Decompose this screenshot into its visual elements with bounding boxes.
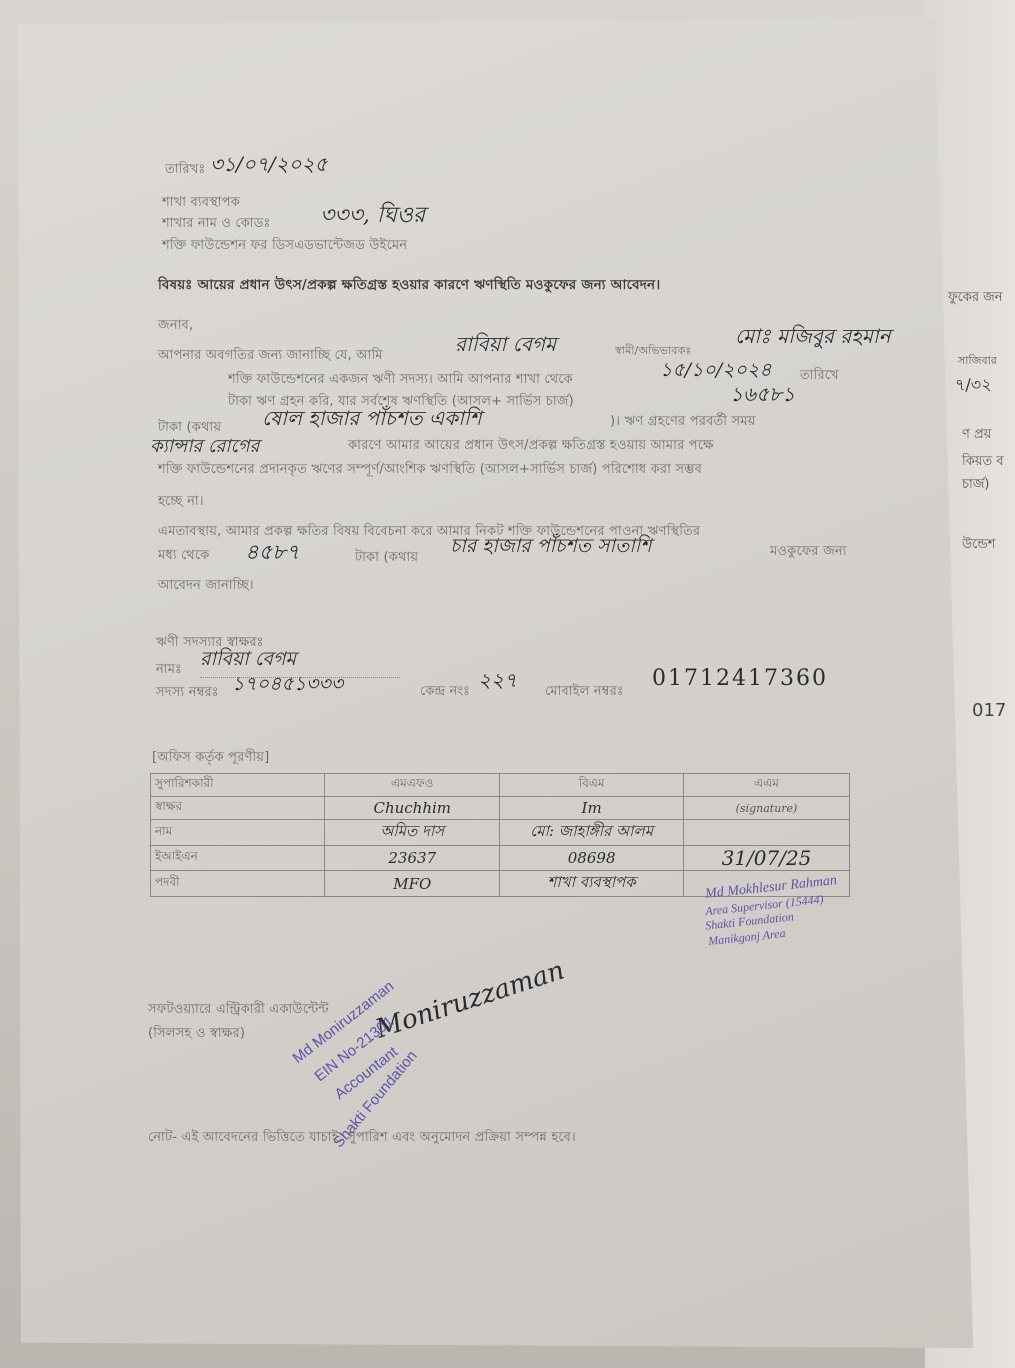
para2-text: মধ্য থেকে [158, 546, 209, 567]
para2-text: আবেদন জানাচ্ছি। [158, 576, 254, 597]
para1-text: কারণে আমার আয়ের প্রধান উৎস/প্রকল্প ক্ষত… [348, 436, 714, 457]
office-use-label: [অফিস কর্তৃক পূরণীয়] [152, 748, 269, 769]
date-value: ৩১/০৭/২০২৫ [210, 150, 327, 183]
member-number-label: সদস্য নম্বরঃ [156, 683, 219, 704]
addressee: শাখা ব্যবস্থাপক [162, 193, 240, 214]
member-name-label: নামঃ [156, 660, 182, 681]
waiver-amount: ৪৫৮৭ [245, 536, 300, 571]
row-label: স্বাক্ষর [151, 797, 325, 820]
accountant-label: সফটওয়্যারে এন্ট্রিকারী একাউন্টেন্ট [148, 1000, 329, 1021]
mfo-designation: MFO [325, 871, 500, 897]
side-text: চার্জ) [962, 475, 990, 496]
bm-name: মো: জাহাঙ্গীর আলম [500, 820, 684, 846]
table-row: ইআইএন 23637 08698 31/07/25 [151, 846, 850, 871]
branch-label: শাখার নাম ও কোডঃ [162, 214, 270, 235]
table-header: সুপারিশকারী [151, 774, 325, 797]
side-text: উন্ডেশ [962, 535, 995, 556]
subject-line: বিষয়ঃ আয়ের প্রধান উৎস/প্রকল্প ক্ষতিগ্র… [158, 274, 660, 297]
organization-name: শক্তি ফাউন্ডেশন ফর ডিসএডভান্টেজড উইমেন [162, 236, 407, 257]
center-number-label: কেন্দ্র নংঃ [420, 682, 470, 703]
bm-ein: 08698 [500, 846, 684, 871]
am-date: 31/07/25 [683, 846, 849, 871]
para1-text: )। ঋণ গ্রহণের পরবর্তী সময় [610, 412, 756, 433]
row-label: নাম [151, 820, 325, 846]
mobile-label: মোবাইল নম্বরঃ [545, 682, 624, 703]
para1-text: শক্তি ফাউন্ডেশনের একজন ঋণী সদস্য। আমি আপ… [228, 370, 573, 391]
table-row: স্বাক্ষর Chuchhim Im (signature) [151, 797, 850, 820]
am-signature: (signature) [683, 797, 849, 820]
table-header: এমএফও [325, 774, 500, 797]
row-label: ইআইএন [151, 846, 325, 871]
table-header: বিএম [500, 774, 684, 797]
para1-text: আপনার অবগতির জন্য জানাচ্ছি যে, আমি [158, 346, 383, 367]
table-header: এএম [683, 774, 849, 797]
guardian-name: মোঃ মজিবুর রহমান [735, 322, 891, 355]
accountant-seal-label: (সিলসহ ও স্বাক্ষর) [148, 1024, 245, 1045]
row-label: পদবী [151, 871, 325, 897]
am-name [683, 820, 849, 846]
para1-text: শক্তি ফাউন্ডেশনের প্রদানকৃত ঋণের সম্পূর্… [158, 460, 702, 481]
loss-reason: ক্যান্সার রোগের [150, 432, 259, 463]
waiver-in-words: চার হাজার পাঁচশত সাতাশি [450, 532, 651, 564]
mfo-ein: 23637 [325, 846, 500, 871]
member-number-value: ১৭০৪৫১৩৩৩ [232, 670, 343, 702]
side-text: ৭/৩২ [955, 372, 992, 399]
center-number-value: ২২৭ [478, 666, 517, 699]
branch-value: ৩৩৩, ঘিওর [320, 198, 425, 235]
side-text: 017 [972, 700, 1006, 721]
salutation: জনাব, [158, 316, 193, 337]
side-text: ণ প্রয় [962, 425, 991, 446]
para2-text: টাকা (কথায় [355, 548, 418, 569]
para1-text: তারিখে [800, 366, 839, 387]
side-text: ফুকের জন [948, 288, 1003, 309]
applicant-name: রাবিয়া বেগম [455, 330, 556, 363]
mobile-value: 01712417360 [652, 666, 828, 691]
mfo-signature: Chuchhim [325, 797, 500, 820]
office-approval-table: সুপারিশকারী এমএফও বিএম এএম স্বাক্ষর Chuc… [150, 773, 850, 897]
side-text: সাজিবার [958, 352, 997, 371]
note-text: নোট- এই আবেদনের ভিত্তিতে যাচাই, সুপারিশ … [148, 1128, 576, 1149]
table-row: নাম অমিত দাস মো: জাহাঙ্গীর আলম [151, 820, 850, 846]
balance-in-words: ষোল হাজার পাঁচশত একাশি [262, 404, 482, 437]
para2-text: মওকুফের জন্য [770, 542, 847, 563]
bm-signature: Im [500, 797, 684, 820]
date-label: তারিখঃ [165, 160, 205, 181]
side-text: কিয়ত ব [962, 452, 1004, 473]
mfo-name: অমিত দাস [325, 820, 500, 846]
loan-balance: ১৬৫৮১ [730, 380, 795, 413]
table-row: সুপারিশকারী এমএফও বিএম এএম [151, 774, 850, 797]
para1-text: হচ্ছে না। [158, 492, 204, 513]
bm-designation: শাখা ব্যবস্থাপক [500, 871, 684, 897]
